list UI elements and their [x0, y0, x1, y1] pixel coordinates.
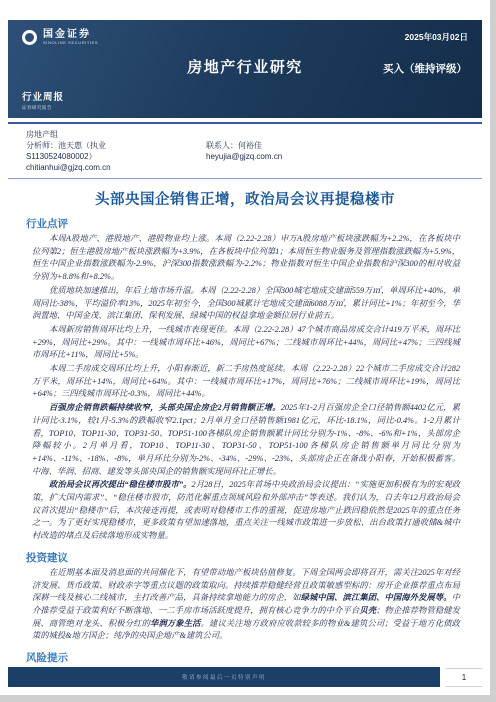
paragraph-text: 本周新房销售周环比均上升，一线城市表现更佳。本周（2.22-2.28）47个城市…: [32, 325, 460, 359]
analyst-group: 房地产组: [26, 129, 206, 140]
paragraph-text: 本周A股地产、港股地产、港股物业均上涨。本周（2.22-2.28）申万A股房地产…: [32, 234, 460, 281]
report-page: 国金证券 SINOLINK SECURITIES 2025年03月02日 房地产…: [0, 0, 490, 695]
page-number: 1: [446, 668, 482, 687]
brand-logo-icon: [22, 30, 37, 45]
contact-column: 联系人：何裕佳 heyujia@gjzq.com.cn: [206, 129, 282, 173]
analyst-email: chitianhui@gjzq.com.cn: [26, 162, 206, 173]
paragraph-text: 优质地块加速推出，年后土地市场升温。本周（2.22-2.28）全国300城宅地成…: [32, 286, 460, 320]
paragraph: 政治局会议再次提出“稳住楼市股市”。2月28日，2025年首场中央政治局会议提出…: [32, 479, 460, 543]
brand-name-en: SINOLINK SECURITIES: [43, 40, 98, 45]
paragraph-emphasis: 贝壳: [359, 606, 376, 615]
paragraph-emphasis: 政治局会议再次提出“稳住楼市股市”。: [49, 480, 192, 489]
paragraph: 本周二手房成交周环比均上升，小阳春渐近，新二手房热度延续。本周（2.22-2.2…: [32, 363, 460, 401]
contact-name: 联系人：何裕佳: [206, 140, 282, 151]
analyst-column: 房地产组 分析师：池天惠（执业 S1130524080002） chitianh…: [26, 129, 206, 173]
section-heading-investment-advice: 投资建议: [26, 550, 464, 565]
paragraph-text: 本周二手房成交周环比均上升，小阳春渐近，新二手房热度延续。本周（2.22-2.2…: [32, 364, 460, 398]
paragraph: 在近期基本面及消息面的共同催化下，有望带动地产板块估值修复。下周全国两会即将召开…: [32, 567, 460, 643]
paragraph-emphasis: 华润万象生活: [150, 619, 201, 628]
paragraph-emphasis: 百强房企销售跌幅持续收窄，头部央国企房企2月销售额正增。: [49, 403, 281, 412]
paragraph-text: 2025年1-2月百强房企全口径销售额4402亿元，累计同比-3.1%，较1月-…: [32, 403, 460, 476]
investment-advice-body: 在近期基本面及消息面的共同催化下，有望带动地产板块估值修复。下周全国两会即将召开…: [32, 567, 460, 643]
divider-analyst: [8, 178, 482, 179]
rating-badge: 买入（维持评级）: [383, 61, 467, 76]
paragraph-emphasis: 绿城中国、滨江集团、中国海外发展等。: [301, 593, 452, 602]
analyst-block: 房地产组 分析师：池天惠（执业 S1130524080002） chitianh…: [0, 124, 490, 175]
report-category: 证券研究报告: [22, 105, 52, 111]
report-date: 2025年03月02日: [405, 31, 468, 43]
analyst-license: S1130524080002）: [26, 151, 206, 162]
brand-name: 国金证券: [43, 29, 98, 40]
paragraph: 本周新房销售周环比均上升，一线城市表现更佳。本周（2.22-2.28）47个城市…: [32, 324, 460, 362]
footer-disclaimer: 敬请参阅最后一页特别声明: [8, 667, 440, 687]
brand-name-block: 国金证券 SINOLINK SECURITIES: [43, 29, 98, 45]
report-header-banner: 国金证券 SINOLINK SECURITIES 2025年03月02日 房地产…: [8, 20, 482, 118]
analyst-name: 分析师：池天惠（执业: [26, 140, 206, 151]
page-footer: 敬请参阅最后一页特别声明 1: [8, 667, 482, 687]
contact-email: heyujia@gjzq.com.cn: [206, 151, 282, 162]
section-heading-risk-warning: 风险提示: [26, 650, 464, 665]
paragraph: 优质地块加速推出，年后土地市场升温。本周（2.22-2.28）全国300城宅地成…: [32, 285, 460, 323]
brand-logo: 国金证券 SINOLINK SECURITIES: [22, 29, 98, 45]
section-heading-industry-comment: 行业点评: [26, 216, 464, 231]
report-type: 行业周报: [22, 89, 64, 103]
paragraph: 百强房企销售跌幅持续收窄，头部央国企房企2月销售额正增。2025年1-2月百强房…: [32, 402, 460, 478]
page-title: 头部央国企销售正增，政治局会议再提稳楼市: [0, 188, 490, 209]
paragraph: 本周A股地产、港股地产、港股物业均上涨。本周（2.22-2.28）申万A股房地产…: [32, 233, 460, 284]
industry-comment-body: 本周A股地产、港股地产、港股物业均上涨。本周（2.22-2.28）申万A股房地产…: [32, 233, 460, 543]
